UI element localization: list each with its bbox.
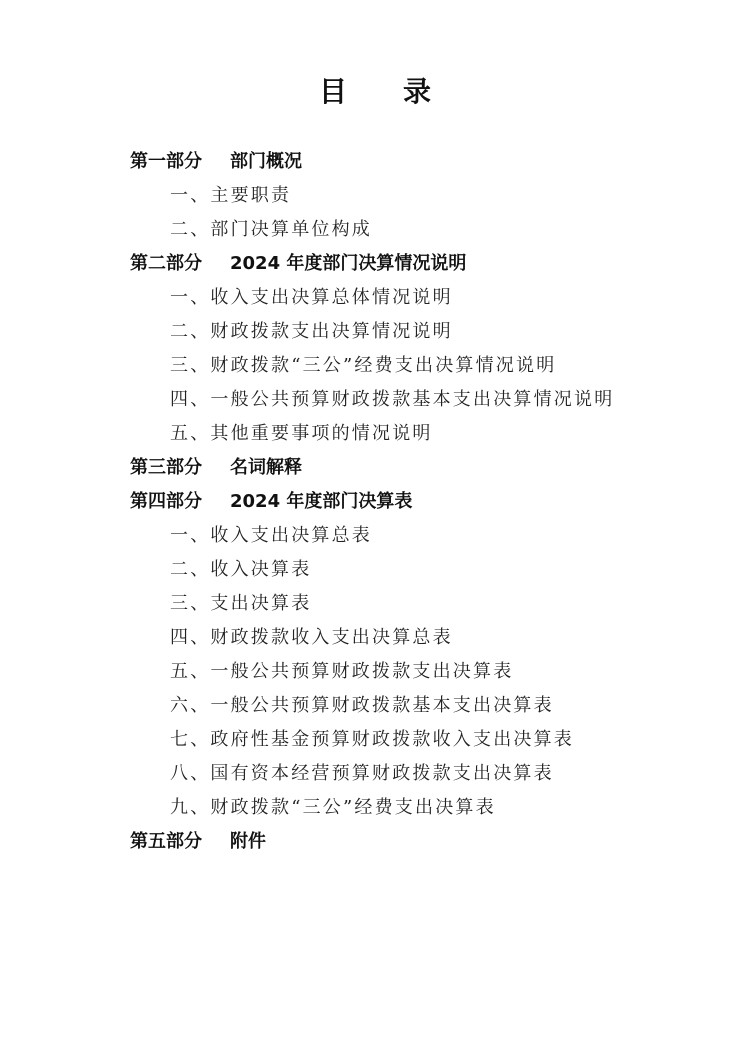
toc-item[interactable]: 七、政府性基金预算财政拨款收入支出决算表	[130, 723, 690, 757]
toc-item[interactable]: 一、收入支出决算总表	[130, 519, 690, 553]
part-title: 附件	[230, 831, 266, 852]
part-label: 第一部分	[130, 145, 230, 179]
toc-part-3[interactable]: 第三部分名词解释	[130, 451, 690, 485]
part-label: 第四部分	[130, 485, 230, 519]
toc-item[interactable]: 二、财政拨款支出决算情况说明	[130, 315, 690, 349]
toc-item[interactable]: 九、财政拨款“三公”经费支出决算表	[130, 791, 690, 825]
part-title: 2024 年度部门决算情况说明	[230, 253, 466, 274]
toc-item[interactable]: 五、一般公共预算财政拨款支出决算表	[130, 655, 690, 689]
toc-part-4[interactable]: 第四部分2024 年度部门决算表	[130, 485, 690, 519]
toc-item[interactable]: 二、收入决算表	[130, 553, 690, 587]
toc-item[interactable]: 三、财政拨款“三公”经费支出决算情况说明	[130, 349, 690, 383]
toc-item[interactable]: 一、主要职责	[130, 179, 690, 213]
part-label: 第二部分	[130, 247, 230, 281]
part-label: 第三部分	[130, 451, 230, 485]
part-title: 部门概况	[230, 151, 302, 172]
toc-item[interactable]: 一、收入支出决算总体情况说明	[130, 281, 690, 315]
part-title: 名词解释	[230, 457, 302, 478]
table-of-contents: 第一部分部门概况 一、主要职责 二、部门决算单位构成 第二部分2024 年度部门…	[130, 145, 690, 859]
toc-item[interactable]: 四、财政拨款收入支出决算总表	[130, 621, 690, 655]
part-label: 第五部分	[130, 825, 230, 859]
toc-part-2[interactable]: 第二部分2024 年度部门决算情况说明	[130, 247, 690, 281]
toc-item[interactable]: 六、一般公共预算财政拨款基本支出决算表	[130, 689, 690, 723]
toc-part-5[interactable]: 第五部分附件	[130, 825, 690, 859]
toc-item[interactable]: 八、国有资本经营预算财政拨款支出决算表	[130, 757, 690, 791]
page-title: 目录	[0, 70, 750, 110]
toc-part-1[interactable]: 第一部分部门概况	[130, 145, 690, 179]
title-char-1: 目	[319, 75, 347, 108]
toc-item[interactable]: 四、一般公共预算财政拨款基本支出决算情况说明	[130, 383, 690, 417]
part-title: 2024 年度部门决算表	[230, 491, 412, 512]
title-char-2: 录	[403, 75, 431, 108]
toc-item[interactable]: 五、其他重要事项的情况说明	[130, 417, 690, 451]
toc-item[interactable]: 二、部门决算单位构成	[130, 213, 690, 247]
toc-item[interactable]: 三、支出决算表	[130, 587, 690, 621]
